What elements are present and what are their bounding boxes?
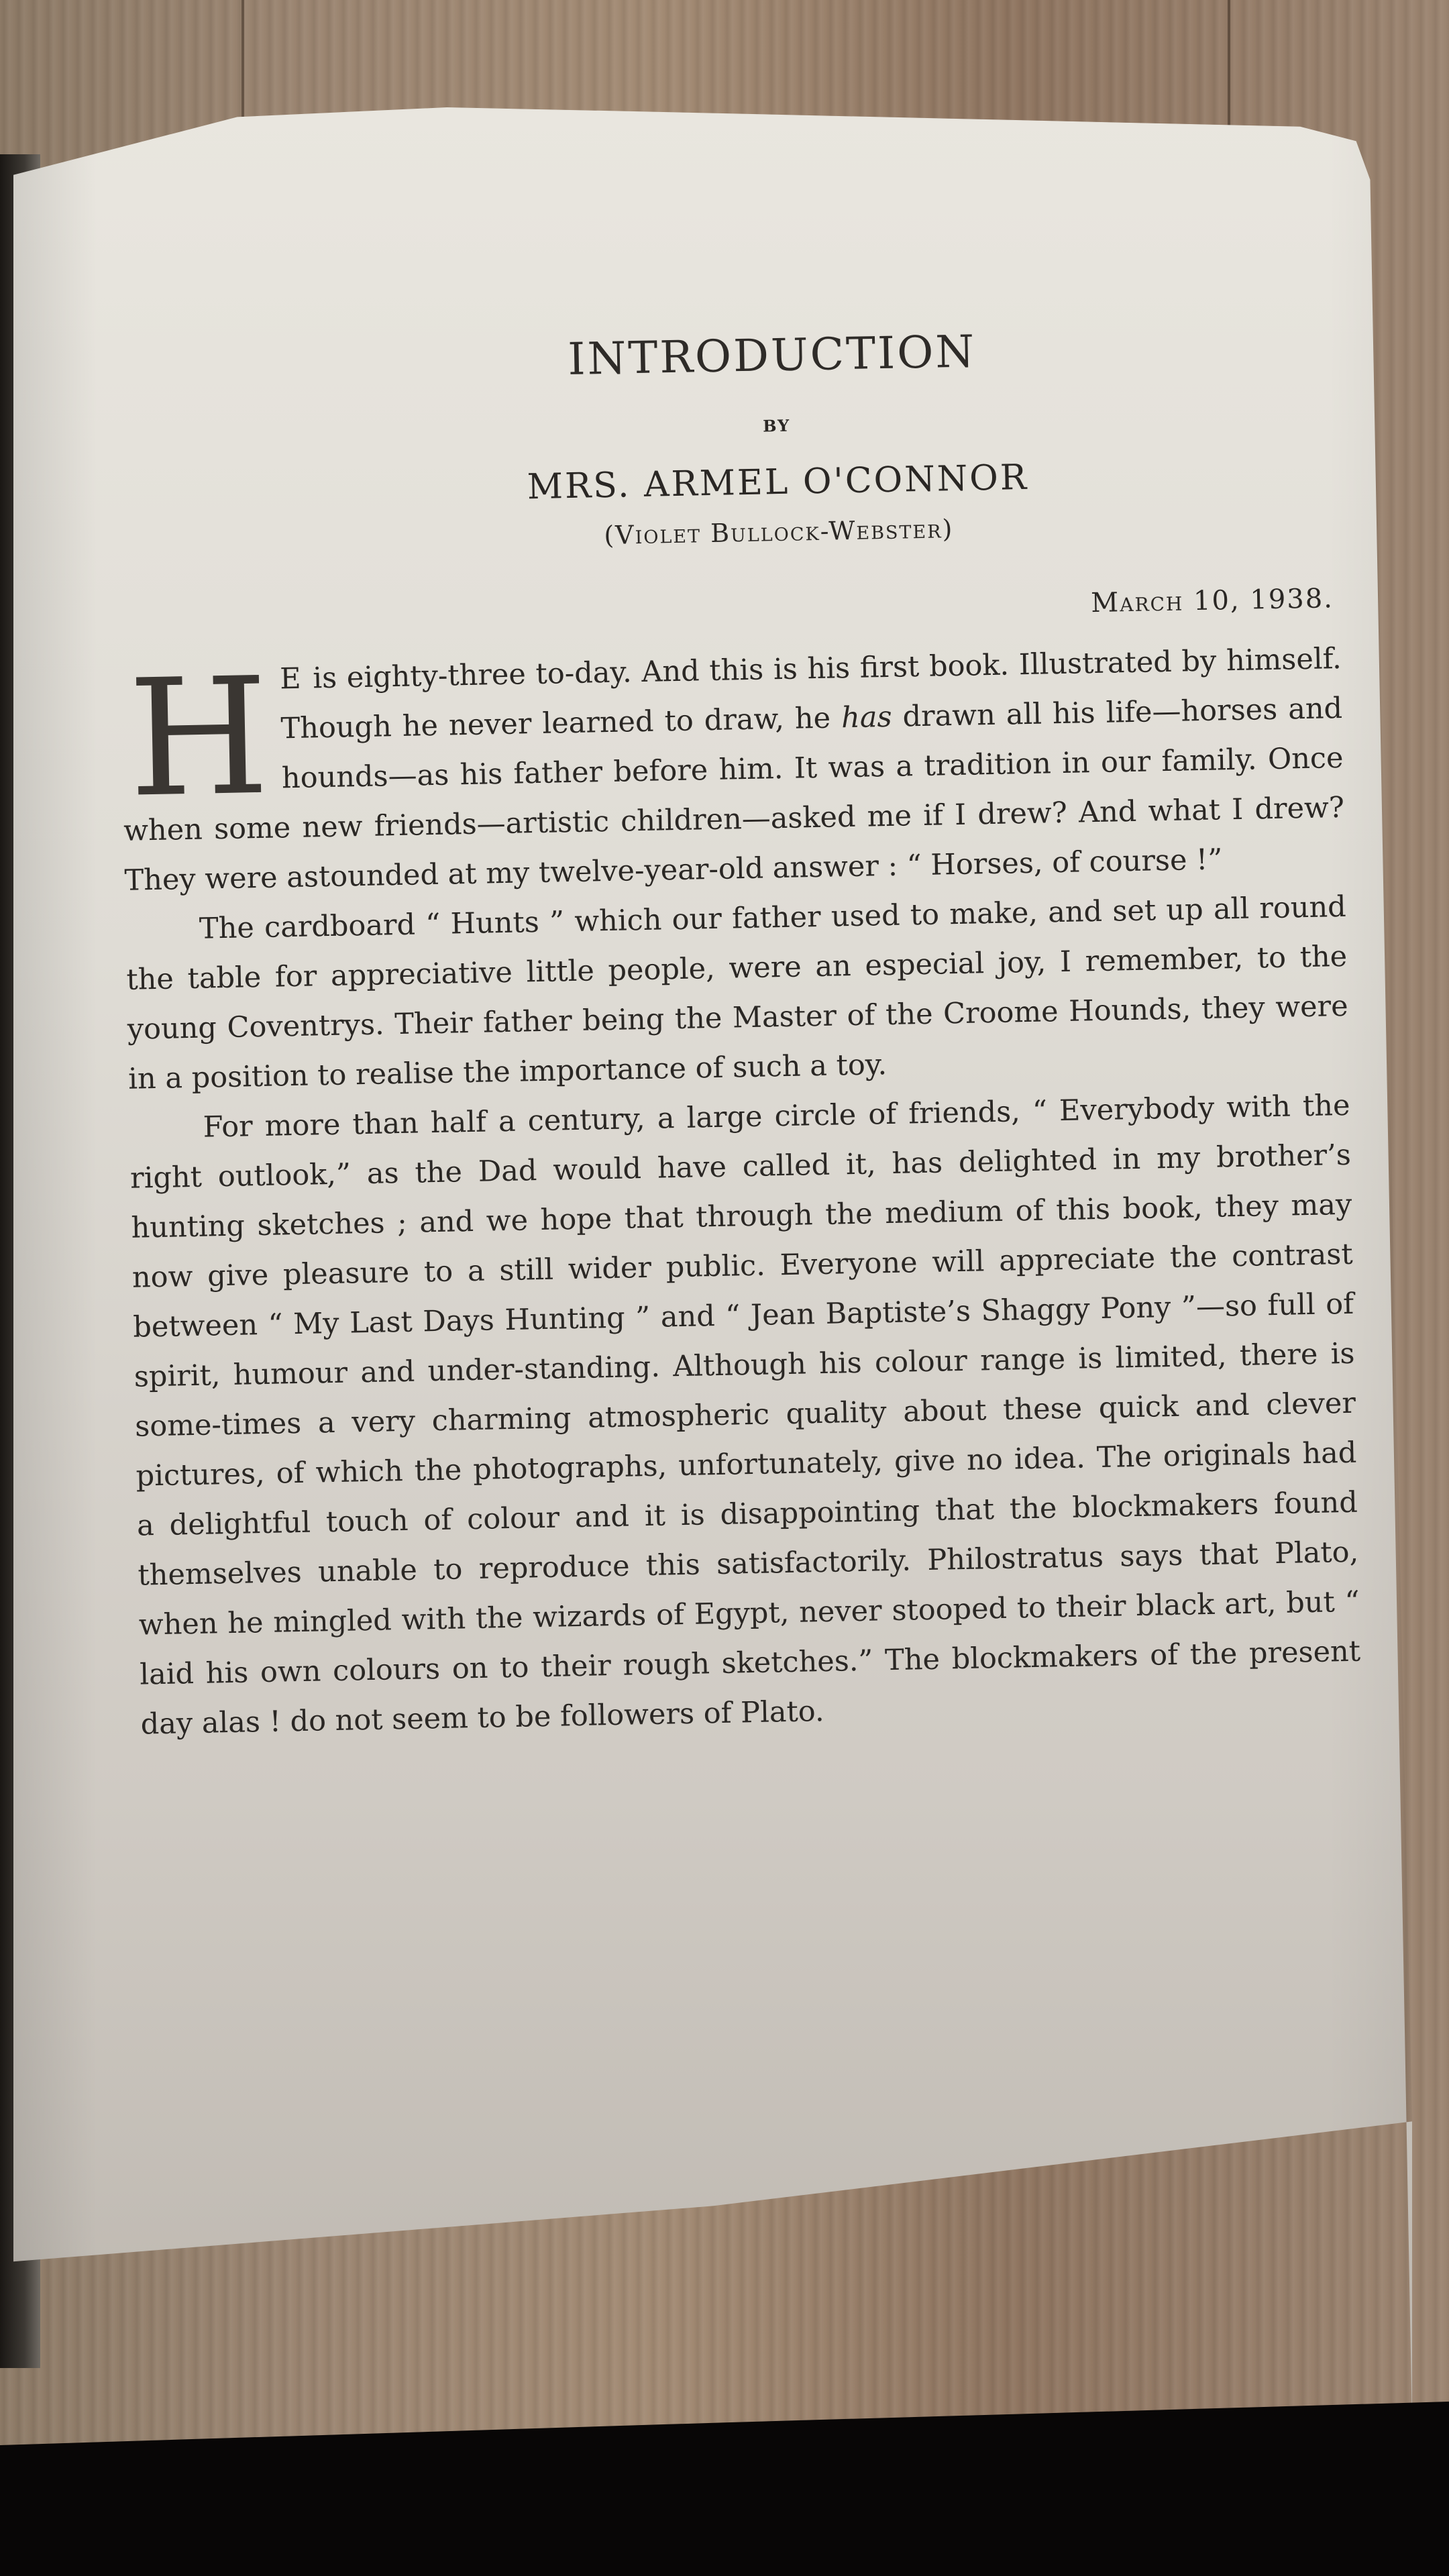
drop-cap: H bbox=[127, 669, 270, 806]
page-content: INTRODUCTION BY MRS. ARMEL O'CONNOR (Vio… bbox=[114, 312, 1375, 1750]
introduction-body: HE is eighty-three to-day. And this is h… bbox=[120, 634, 1362, 1750]
paragraph-1: HE is eighty-three to-day. And this is h… bbox=[120, 634, 1346, 906]
paragraph-3: For more than half a century, a large ci… bbox=[129, 1081, 1362, 1750]
byline-label: BY bbox=[203, 405, 1350, 447]
author-name: MRS. ARMEL O'CONNOR bbox=[204, 451, 1352, 514]
author-maiden-name: (Violet Bullock-Webster) bbox=[205, 506, 1353, 558]
date-line: March 10, 1938. bbox=[119, 583, 1334, 637]
paragraph-1-text-a: is eighty-three to-day. And this is his … bbox=[280, 642, 1342, 745]
paragraph-2: The cardboard “ Hunts ” which our father… bbox=[125, 882, 1349, 1104]
emphasis-has: has bbox=[841, 700, 892, 735]
first-word-rest: E bbox=[280, 662, 303, 696]
